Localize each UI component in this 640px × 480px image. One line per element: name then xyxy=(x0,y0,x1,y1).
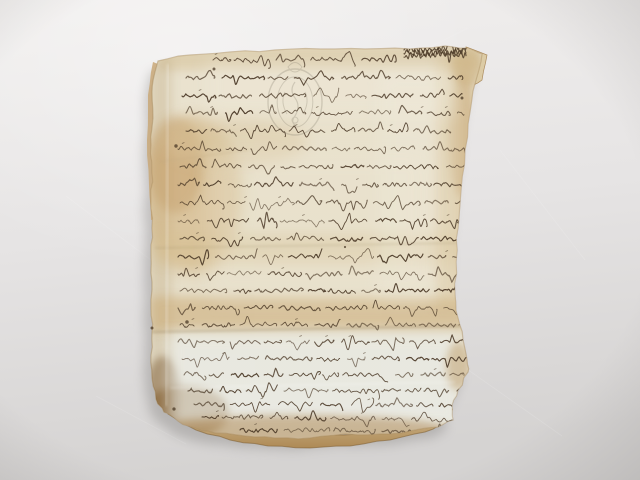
photo-scene: Aged handwritten manuscript booklet with… xyxy=(0,0,640,480)
manuscript-photograph xyxy=(0,0,640,480)
